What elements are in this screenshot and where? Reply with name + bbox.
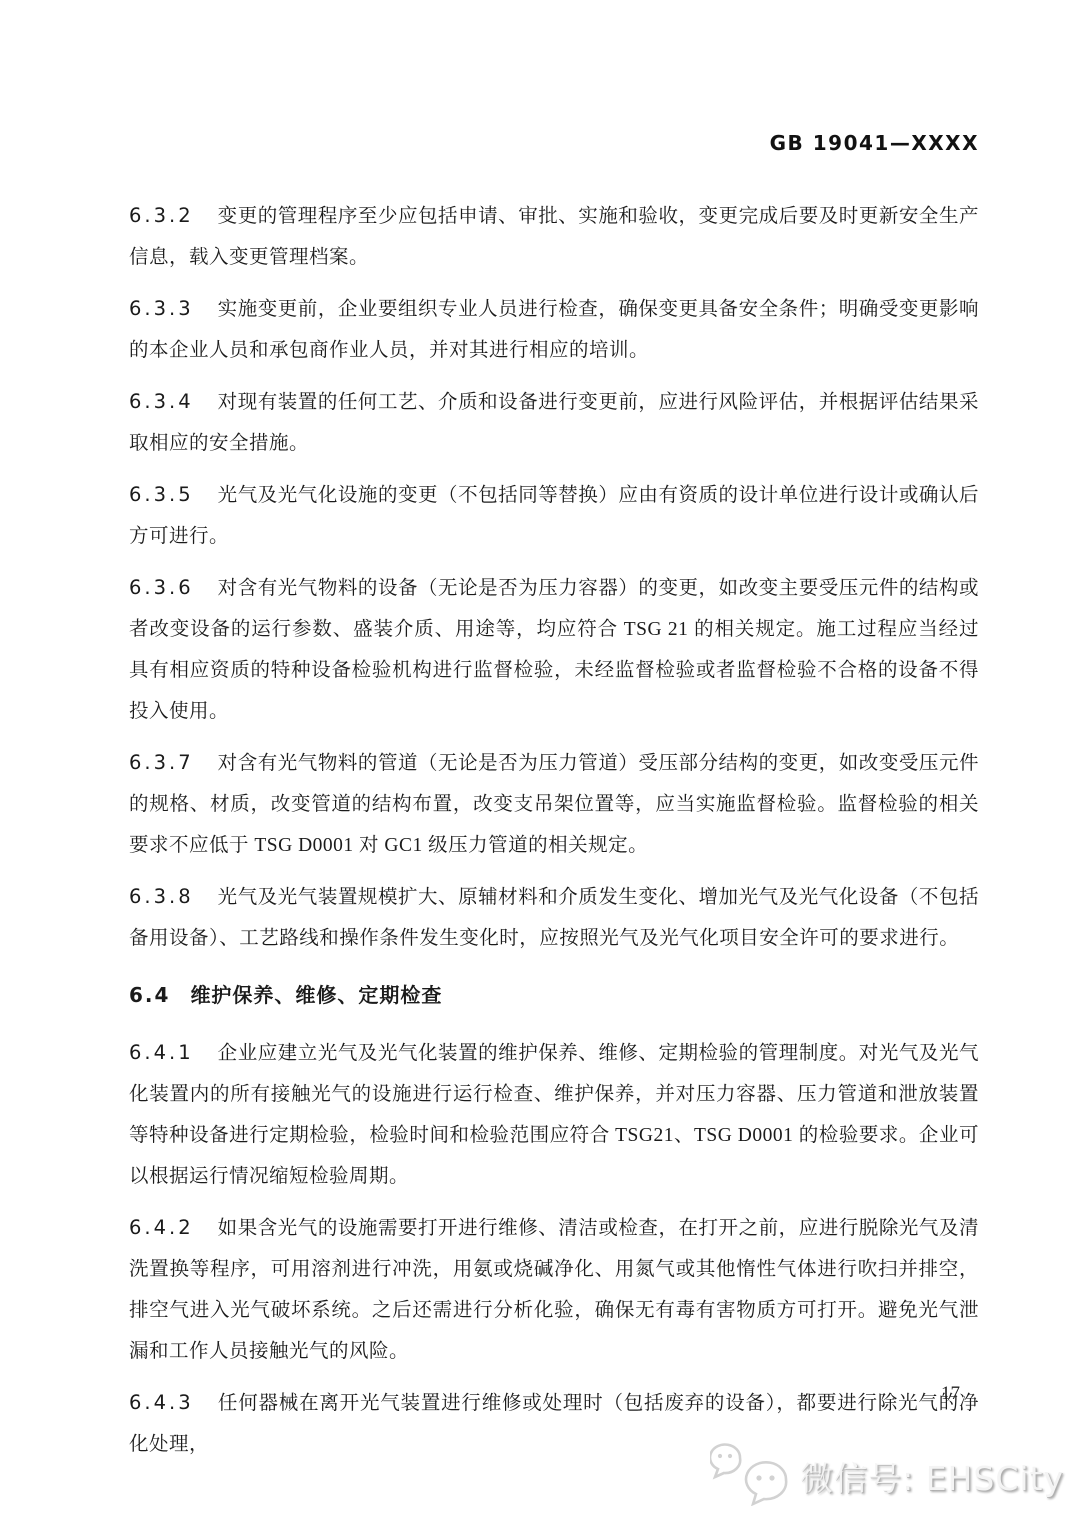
clause-number: 6.4.2: [129, 1216, 194, 1239]
clause-6-3-6: 6.3.6对含有光气物料的设备（无论是否为压力容器）的变更，如改变主要受压元件的…: [129, 567, 979, 732]
clause-text: 企业应建立光气及光气化装置的维护保养、维修、定期检验的管理制度。对光气及光气化装…: [129, 1043, 979, 1187]
clause-number: 6.3.4: [129, 390, 194, 413]
clause-number: 6.4.3: [129, 1391, 194, 1414]
document-page: GB 19041—XXXX 6.3.2变更的管理程序至少应包括申请、审批、实施和…: [0, 0, 1080, 1527]
clause-text: 光气及光气装置规模扩大、原辅材料和介质发生变化、增加光气及光气化设备（不包括备用…: [129, 887, 979, 949]
clause-text: 如果含光气的设施需要打开进行维修、清洁或检查，在打开之前，应进行脱除光气及清洗置…: [129, 1218, 979, 1362]
clause-6-3-7: 6.3.7对含有光气物料的管道（无论是否为压力管道）受压部分结构的变更，如改变受…: [129, 742, 979, 866]
wechat-icon: [710, 1442, 792, 1511]
wechat-watermark: 微信号: EHSCity: [710, 1442, 1064, 1511]
clause-text: 变更的管理程序至少应包括申请、审批、实施和验收，变更完成后要及时更新安全生产信息…: [129, 206, 979, 268]
document-code-header: GB 19041—XXXX: [770, 131, 979, 155]
clause-text: 对现有装置的任何工艺、介质和设备进行变更前，应进行风险评估，并根据评估结果采取相…: [129, 392, 979, 454]
clause-6-4-1: 6.4.1企业应建立光气及光气化装置的维护保养、维修、定期检验的管理制度。对光气…: [129, 1032, 979, 1197]
page-number: 17: [941, 1383, 960, 1405]
clause-text: 实施变更前，企业要组织专业人员进行检查，确保变更具备安全条件；明确受变更影响的本…: [129, 299, 979, 361]
clause-number: 6.3.3: [129, 297, 194, 320]
clause-6-4-2: 6.4.2如果含光气的设施需要打开进行维修、清洁或检查，在打开之前，应进行脱除光…: [129, 1207, 979, 1372]
clause-number: 6.3.6: [129, 576, 194, 599]
section-number: 6.4: [129, 983, 170, 1007]
clause-number: 6.3.8: [129, 885, 194, 908]
section-heading-6-4: 6.4维护保养、维修、定期检查: [129, 975, 979, 1016]
clause-6-3-5: 6.3.5光气及光气化设施的变更（不包括同等替换）应由有资质的设计单位进行设计或…: [129, 474, 979, 557]
clause-number: 6.3.7: [129, 751, 194, 774]
clause-number: 6.3.5: [129, 483, 194, 506]
section-title: 维护保养、维修、定期检查: [190, 983, 442, 1007]
watermark-label: 微信号: EHSCity: [800, 1453, 1064, 1500]
clause-number: 6.3.2: [129, 204, 194, 227]
clause-6-3-4: 6.3.4对现有装置的任何工艺、介质和设备进行变更前，应进行风险评估，并根据评估…: [129, 381, 979, 464]
clause-6-3-8: 6.3.8光气及光气装置规模扩大、原辅材料和介质发生变化、增加光气及光气化设备（…: [129, 876, 979, 959]
document-body: 6.3.2变更的管理程序至少应包括申请、审批、实施和验收，变更完成后要及时更新安…: [129, 195, 979, 1475]
clause-text: 对含有光气物料的管道（无论是否为压力管道）受压部分结构的变更，如改变受压元件的规…: [129, 753, 979, 856]
clause-text: 对含有光气物料的设备（无论是否为压力容器）的变更，如改变主要受压元件的结构或者改…: [129, 578, 979, 722]
clause-6-3-2: 6.3.2变更的管理程序至少应包括申请、审批、实施和验收，变更完成后要及时更新安…: [129, 195, 979, 278]
clause-number: 6.4.1: [129, 1041, 194, 1064]
clause-text: 光气及光气化设施的变更（不包括同等替换）应由有资质的设计单位进行设计或确认后方可…: [129, 485, 979, 547]
clause-6-3-3: 6.3.3实施变更前，企业要组织专业人员进行检查，确保变更具备安全条件；明确受变…: [129, 288, 979, 371]
